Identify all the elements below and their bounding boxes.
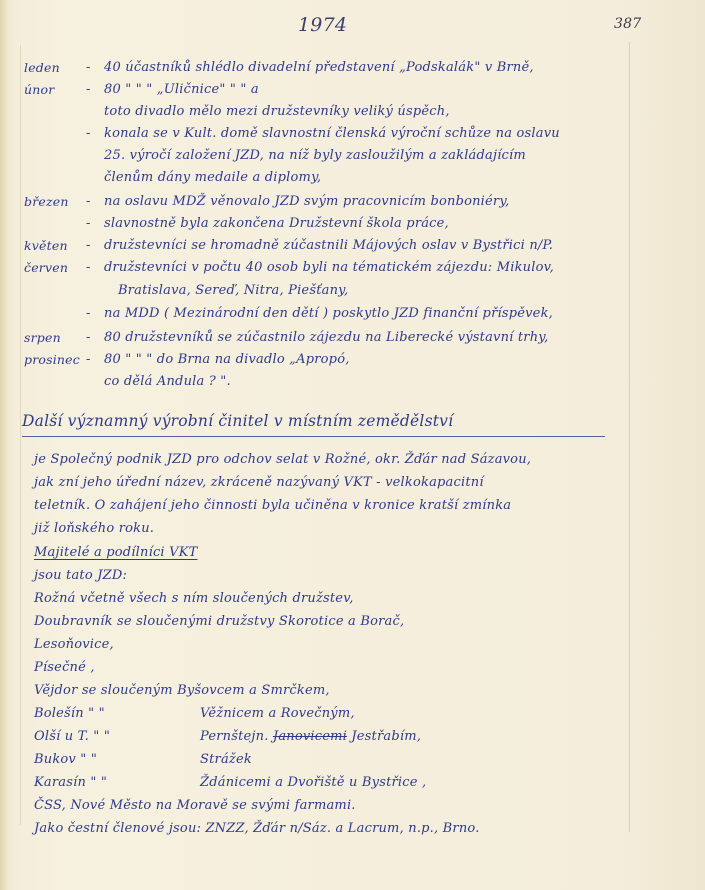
owner-item: Písečné , xyxy=(34,660,95,675)
entry-text: 40 účastníků shlédlo divadelní představe… xyxy=(104,60,534,75)
paragraph-line: jak zní jeho úřední název, zkráceně nazý… xyxy=(34,475,484,490)
notebook-page: 1974 387 leden - 40 účastníků shlédlo di… xyxy=(0,0,705,890)
month-label: květen xyxy=(24,238,68,253)
month-label: srpen xyxy=(24,330,61,345)
owner-detail: Ždánicemi a Dvořiště u Bystřice , xyxy=(200,775,426,790)
paragraph-line: teletník. O zahájení jeho činnosti byla … xyxy=(34,498,511,513)
entry-dash: - xyxy=(86,216,91,231)
entry-text: 80 " " " „Uličnice" " " a xyxy=(104,82,259,97)
entry-text: 80 " " " do Brna na divadlo „Apropó, xyxy=(104,352,350,367)
owner-detail-text: Pernštejn. xyxy=(200,729,273,744)
closing-line: ČSS, Nové Město na Moravě se svými farma… xyxy=(34,798,356,813)
month-label: březen xyxy=(24,194,69,209)
entry-text: Bratislava, Sereď, Nitra, Piešťany, xyxy=(118,283,348,298)
entry-text: konala se v Kult. domě slavnostní člensk… xyxy=(104,126,560,141)
entry-dash: - xyxy=(86,82,91,97)
entry-text: družstevníci se hromadně zúčastnili Májo… xyxy=(104,238,553,253)
entry-text: členům dány medaile a diplomy, xyxy=(104,170,321,185)
entry-text: na oslavu MDŽ věnovalo JZD svým pracovni… xyxy=(104,194,510,209)
page-binding-edge xyxy=(0,0,10,890)
section-heading: Další významný výrobní činitel v místním… xyxy=(22,412,453,430)
entry-dash: - xyxy=(86,306,91,321)
heading-underline xyxy=(22,436,605,437)
owner-item: Bolešín " " xyxy=(34,706,105,721)
owner-item: Vějdor se sloučeným Byšovcem a Smrčkem, xyxy=(34,683,330,698)
month-label: červen xyxy=(24,260,68,275)
entry-text: na MDD ( Mezinárodní den dětí ) poskytlo… xyxy=(104,306,553,321)
entry-text: 80 družstevníků se zúčastnilo zájezdu na… xyxy=(104,330,548,345)
paragraph-line: je Společný podnik JZD pro odchov selat … xyxy=(34,452,531,467)
left-margin-rule xyxy=(20,45,21,825)
entry-text: co dělá Andula ? ". xyxy=(104,374,231,389)
owner-detail: Věžnicem a Rovečným, xyxy=(200,706,355,721)
owner-item: Doubravník se sloučenými družstvy Skorot… xyxy=(34,614,404,629)
owner-item: Olší u T. " " xyxy=(34,729,110,744)
owner-detail: Pernštejn. Janovicemi Jestřabím, xyxy=(200,729,421,744)
owner-detail-text: Jestřabím, xyxy=(347,729,421,744)
owner-item: Bukov " " xyxy=(34,752,97,767)
owners-title: Majitelé a podílníci VKT xyxy=(34,545,198,560)
month-label: leden xyxy=(24,60,60,75)
entry-dash: - xyxy=(86,238,91,253)
struck-text: Janovicemi xyxy=(273,729,347,744)
entry-dash: - xyxy=(86,194,91,209)
entry-text: družstevníci v počtu 40 osob byli na tém… xyxy=(104,260,554,275)
entry-dash: - xyxy=(86,260,91,275)
owner-item: Lesoňovice, xyxy=(34,637,114,652)
right-margin-rule xyxy=(629,42,630,832)
entry-dash: - xyxy=(86,60,91,75)
entry-text: slavnostně byla zakončena Družstevní ško… xyxy=(104,216,449,231)
entry-dash: - xyxy=(86,352,91,367)
entry-dash: - xyxy=(86,330,91,345)
entry-text: 25. výročí založení JZD, na níž byly zas… xyxy=(104,148,526,163)
owners-intro: jsou tato JZD: xyxy=(34,568,127,583)
month-label: únor xyxy=(24,82,54,97)
paragraph-line: již loňského roku. xyxy=(34,521,154,536)
year-heading: 1974 xyxy=(298,14,347,36)
page-number: 387 xyxy=(614,16,641,32)
entry-text: toto divadlo mělo mezi družstevníky veli… xyxy=(104,104,450,119)
month-label: prosinec xyxy=(24,352,80,367)
owner-item: Karasín " " xyxy=(34,775,107,790)
owner-item: Rožná včetně všech s ním sloučených druž… xyxy=(34,591,354,606)
closing-line: Jako čestní členové jsou: ZNZZ, Žďár n/S… xyxy=(34,821,480,836)
owner-detail: Strážek xyxy=(200,752,252,767)
entry-dash: - xyxy=(86,126,91,141)
